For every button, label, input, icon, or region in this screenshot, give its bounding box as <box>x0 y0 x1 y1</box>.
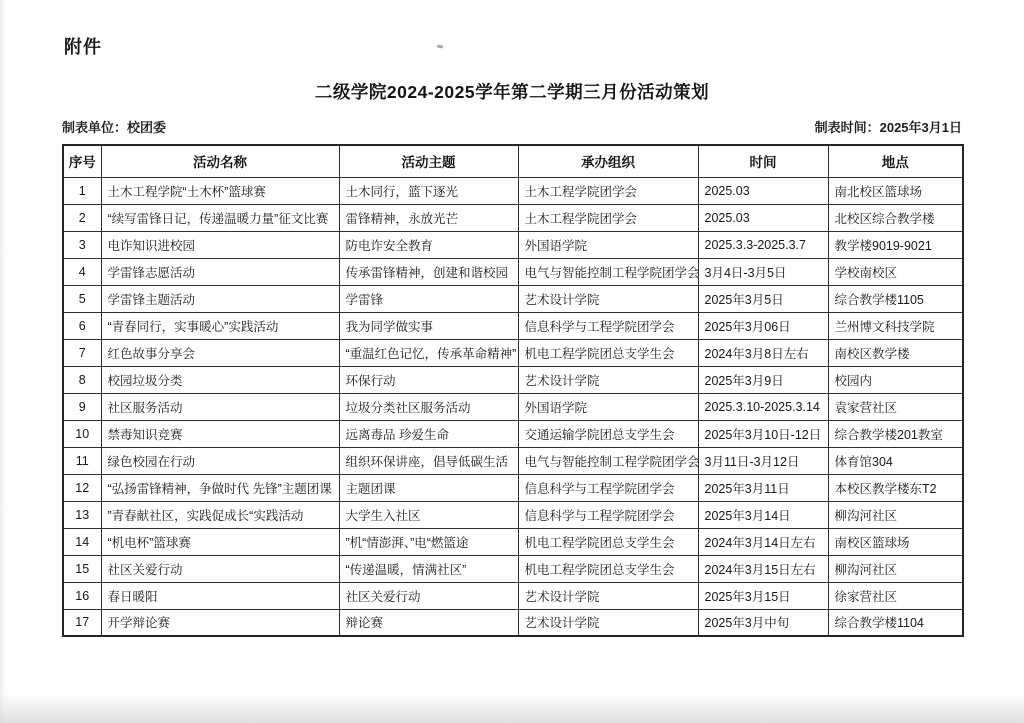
cell-location: 教学楼9019-9021 <box>828 231 963 258</box>
table-row: 1土木工程学院“土木杯”篮球赛土木同行，篮下逐光土木工程学院团学会2025.03… <box>63 177 963 204</box>
cell-time: 2025年3月14日 <box>698 501 828 528</box>
header-row: 序号 活动名称 活动主题 承办组织 时间 地点 <box>63 145 963 177</box>
cell-organizer: 艺术设计学院 <box>518 285 698 312</box>
cell-index: 10 <box>63 420 101 447</box>
cell-time: 2025年3月9日 <box>698 366 828 393</box>
cell-location: 综合教学楼1104 <box>828 609 963 636</box>
cell-time: 2024年3月8日左右 <box>698 339 828 366</box>
cell-organizer: 机电工程学院团总支学生会 <box>518 528 698 555</box>
cell-activity-name: 电诈知识进校园 <box>101 231 339 258</box>
cell-location: 南北校区篮球场 <box>828 177 963 204</box>
cell-index: 5 <box>63 285 101 312</box>
cell-organizer: 外国语学院 <box>518 393 698 420</box>
cell-organizer: 信息科学与工程学院团学会 <box>518 312 698 339</box>
document-page: 附件 二级学院2024-2025学年第二学期三月份活动策划 制表单位：校团委 制… <box>0 0 1024 723</box>
cell-index: 17 <box>63 609 101 636</box>
cell-time: 2025年3月15日 <box>698 582 828 609</box>
meta-row: 制表单位：校团委 制表时间：2025年3月1日 <box>62 117 962 136</box>
cell-location: 柳沟河社区 <box>828 555 963 582</box>
table-row: 10禁毒知识竞赛远离毒品 珍爱生命交通运输学院团总支学生会2025年3月10日-… <box>63 420 963 447</box>
cell-organizer: 艺术设计学院 <box>518 366 698 393</box>
table-row: 2“续写雷锋日记，传递温暖力量”征文比赛雷锋精神，永放光芒土木工程学院团学会20… <box>63 204 963 231</box>
cell-index: 15 <box>63 555 101 582</box>
scan-edge-left <box>0 0 6 723</box>
cell-activity-theme: 防电诈安全教育 <box>339 231 518 258</box>
table-row: 6“青春同行，实事暖心”实践活动我为同学做实事信息科学与工程学院团学会2025年… <box>63 312 963 339</box>
cell-activity-name: 红色故事分享会 <box>101 339 339 366</box>
cell-time: 2024年3月14日左右 <box>698 528 828 555</box>
cell-activity-theme: 我为同学做实事 <box>339 312 518 339</box>
cell-time: 2025年3月06日 <box>698 312 828 339</box>
cell-index: 13 <box>63 501 101 528</box>
cell-location: 本校区教学楼东T2 <box>828 474 963 501</box>
header-activity-theme: 活动主题 <box>339 145 518 177</box>
cell-activity-theme: 雷锋精神，永放光芒 <box>339 204 518 231</box>
cell-index: 7 <box>63 339 101 366</box>
cell-location: 综合教学楼1105 <box>828 285 963 312</box>
cell-activity-theme: 大学生入社区 <box>339 501 518 528</box>
table-row: 14“机电杯”篮球赛”机“情澎湃、”电“燃篮途机电工程学院团总支学生会2024年… <box>63 528 963 555</box>
cell-time: 3月4日-3月5日 <box>698 258 828 285</box>
cell-activity-theme: 学雷锋 <box>339 285 518 312</box>
cell-index: 8 <box>63 366 101 393</box>
cell-location: 徐家营社区 <box>828 582 963 609</box>
cell-index: 4 <box>63 258 101 285</box>
cell-index: 1 <box>63 177 101 204</box>
cell-activity-name: 学雷锋主题活动 <box>101 285 339 312</box>
cell-activity-name: 社区服务活动 <box>101 393 339 420</box>
cell-activity-name: 校园垃圾分类 <box>101 366 339 393</box>
table-body: 1土木工程学院“土木杯”篮球赛土木同行，篮下逐光土木工程学院团学会2025.03… <box>63 177 963 636</box>
cell-activity-theme: “重温红色记忆，传承革命精神” <box>339 339 518 366</box>
cell-activity-name: “机电杯”篮球赛 <box>101 528 339 555</box>
cell-activity-theme: ”机“情澎湃、”电“燃篮途 <box>339 528 518 555</box>
cell-activity-theme: “传递温暖，情满社区” <box>339 555 518 582</box>
cell-organizer: 艺术设计学院 <box>518 582 698 609</box>
header-time: 时间 <box>698 145 828 177</box>
cell-location: 校园内 <box>828 366 963 393</box>
table-row: 9社区服务活动垃圾分类社区服务活动外国语学院2025.3.10-2025.3.1… <box>63 393 963 420</box>
cell-index: 6 <box>63 312 101 339</box>
cell-activity-name: “弘扬雷锋精神，争做时代 先锋”主题团课 <box>101 474 339 501</box>
cell-time: 2025年3月11日 <box>698 474 828 501</box>
cell-activity-name: 绿色校园在行动 <box>101 447 339 474</box>
cell-activity-theme: 土木同行，篮下逐光 <box>339 177 518 204</box>
cell-activity-name: 土木工程学院“土木杯”篮球赛 <box>101 177 339 204</box>
cell-time: 2025.3.10-2025.3.14 <box>698 393 828 420</box>
cell-activity-name: “青春同行，实事暖心”实践活动 <box>101 312 339 339</box>
cell-location: 柳沟河社区 <box>828 501 963 528</box>
cell-organizer: 土木工程学院团学会 <box>518 177 698 204</box>
cell-time: 2025.03 <box>698 204 828 231</box>
cell-activity-name: 禁毒知识竞赛 <box>101 420 339 447</box>
cell-organizer: 外国语学院 <box>518 231 698 258</box>
cell-time: 2025.3.3-2025.3.7 <box>698 231 828 258</box>
cell-index: 2 <box>63 204 101 231</box>
table-row: 3电诈知识进校园防电诈安全教育外国语学院2025.3.3-2025.3.7教学楼… <box>63 231 963 258</box>
cell-activity-theme: 社区关爱行动 <box>339 582 518 609</box>
page-title: 二级学院2024-2025学年第二学期三月份活动策划 <box>0 79 1024 104</box>
cell-index: 3 <box>63 231 101 258</box>
cell-activity-theme: 垃圾分类社区服务活动 <box>339 393 518 420</box>
cell-time: 3月11日-3月12日 <box>698 447 828 474</box>
issuer-label: 制表单位：校团委 <box>62 117 166 136</box>
cell-activity-name: “续写雷锋日记，传递温暖力量”征文比赛 <box>101 204 339 231</box>
cell-organizer: 机电工程学院团总支学生会 <box>518 555 698 582</box>
cell-location: 袁家营社区 <box>828 393 963 420</box>
cell-time: 2025.03 <box>698 177 828 204</box>
cell-activity-name: 学雷锋志愿活动 <box>101 258 339 285</box>
cell-activity-theme: 组织环保讲座，倡导低碳生活 <box>339 447 518 474</box>
cell-activity-name: 春日暖阳 <box>101 582 339 609</box>
table-row: 11绿色校园在行动组织环保讲座，倡导低碳生活电气与智能控制工程学院团学会3月11… <box>63 447 963 474</box>
cell-index: 11 <box>63 447 101 474</box>
table-row: 13”青春献社区，实践促成长“实践活动大学生入社区信息科学与工程学院团学会202… <box>63 501 963 528</box>
cell-location: 兰州博文科技学院 <box>828 312 963 339</box>
header-organizer: 承办组织 <box>518 145 698 177</box>
cell-activity-theme: 辩论赛 <box>339 609 518 636</box>
table-row: 4学雷锋志愿活动传承雷锋精神，创建和谐校园电气与智能控制工程学院团学会3月4日-… <box>63 258 963 285</box>
scan-edge-bottom <box>0 693 1024 723</box>
table-header: 序号 活动名称 活动主题 承办组织 时间 地点 <box>63 145 963 177</box>
cell-time: 2024年3月15日左右 <box>698 555 828 582</box>
cell-organizer: 信息科学与工程学院团学会 <box>518 474 698 501</box>
cell-organizer: 信息科学与工程学院团学会 <box>518 501 698 528</box>
table-row: 8校园垃圾分类环保行动艺术设计学院2025年3月9日校园内 <box>63 366 963 393</box>
cell-time: 2025年3月10日-12日 <box>698 420 828 447</box>
cell-index: 12 <box>63 474 101 501</box>
cell-time: 2025年3月5日 <box>698 285 828 312</box>
table-row: 16春日暖阳社区关爱行动艺术设计学院2025年3月15日徐家营社区 <box>63 582 963 609</box>
cell-organizer: 机电工程学院团总支学生会 <box>518 339 698 366</box>
cell-location: 综合教学楼201教室 <box>828 420 963 447</box>
date-label: 制表时间：2025年3月1日 <box>815 117 962 136</box>
scan-artifact <box>437 44 443 48</box>
cell-location: 南校区教学楼 <box>828 339 963 366</box>
cell-organizer: 交通运输学院团总支学生会 <box>518 420 698 447</box>
cell-activity-theme: 远离毒品 珍爱生命 <box>339 420 518 447</box>
cell-organizer: 电气与智能控制工程学院团学会 <box>518 258 698 285</box>
cell-location: 北校区综合教学楼 <box>828 204 963 231</box>
cell-organizer: 电气与智能控制工程学院团学会 <box>518 447 698 474</box>
cell-activity-theme: 环保行动 <box>339 366 518 393</box>
cell-location: 学校南校区 <box>828 258 963 285</box>
cell-index: 16 <box>63 582 101 609</box>
cell-activity-name: 社区关爱行动 <box>101 555 339 582</box>
header-location: 地点 <box>828 145 963 177</box>
header-activity-name: 活动名称 <box>101 145 339 177</box>
cell-activity-name: 开学辩论赛 <box>101 609 339 636</box>
table-row: 7红色故事分享会“重温红色记忆，传承革命精神”机电工程学院团总支学生会2024年… <box>63 339 963 366</box>
header-index: 序号 <box>63 145 101 177</box>
table-row: 15社区关爱行动“传递温暖，情满社区”机电工程学院团总支学生会2024年3月15… <box>63 555 963 582</box>
cell-time: 2025年3月中旬 <box>698 609 828 636</box>
cell-location: 南校区篮球场 <box>828 528 963 555</box>
activities-table: 序号 活动名称 活动主题 承办组织 时间 地点 1土木工程学院“土木杯”篮球赛土… <box>62 144 964 637</box>
cell-organizer: 艺术设计学院 <box>518 609 698 636</box>
attachment-label: 附件 <box>64 33 102 59</box>
table-row: 17开学辩论赛辩论赛艺术设计学院2025年3月中旬综合教学楼1104 <box>63 609 963 636</box>
table-row: 5学雷锋主题活动学雷锋艺术设计学院2025年3月5日综合教学楼1105 <box>63 285 963 312</box>
cell-location: 体育馆304 <box>828 447 963 474</box>
table-row: 12“弘扬雷锋精神，争做时代 先锋”主题团课主题团课信息科学与工程学院团学会20… <box>63 474 963 501</box>
cell-activity-theme: 传承雷锋精神，创建和谐校园 <box>339 258 518 285</box>
cell-activity-theme: 主题团课 <box>339 474 518 501</box>
cell-activity-name: ”青春献社区，实践促成长“实践活动 <box>101 501 339 528</box>
cell-index: 14 <box>63 528 101 555</box>
cell-organizer: 土木工程学院团学会 <box>518 204 698 231</box>
cell-index: 9 <box>63 393 101 420</box>
